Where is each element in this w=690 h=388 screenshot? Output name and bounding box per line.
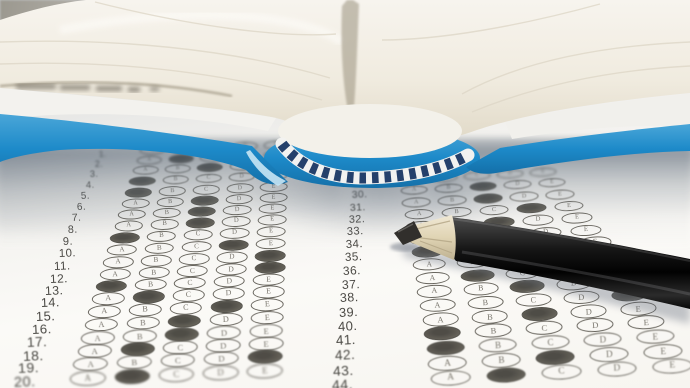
pencil <box>0 0 690 388</box>
photo-open-book-on-answer-sheet: 1.ACDE2.ACDE3.ABDE4.BCDE5.BCDE6.ABDE7.AB… <box>0 0 690 388</box>
pencil-body <box>447 217 690 309</box>
